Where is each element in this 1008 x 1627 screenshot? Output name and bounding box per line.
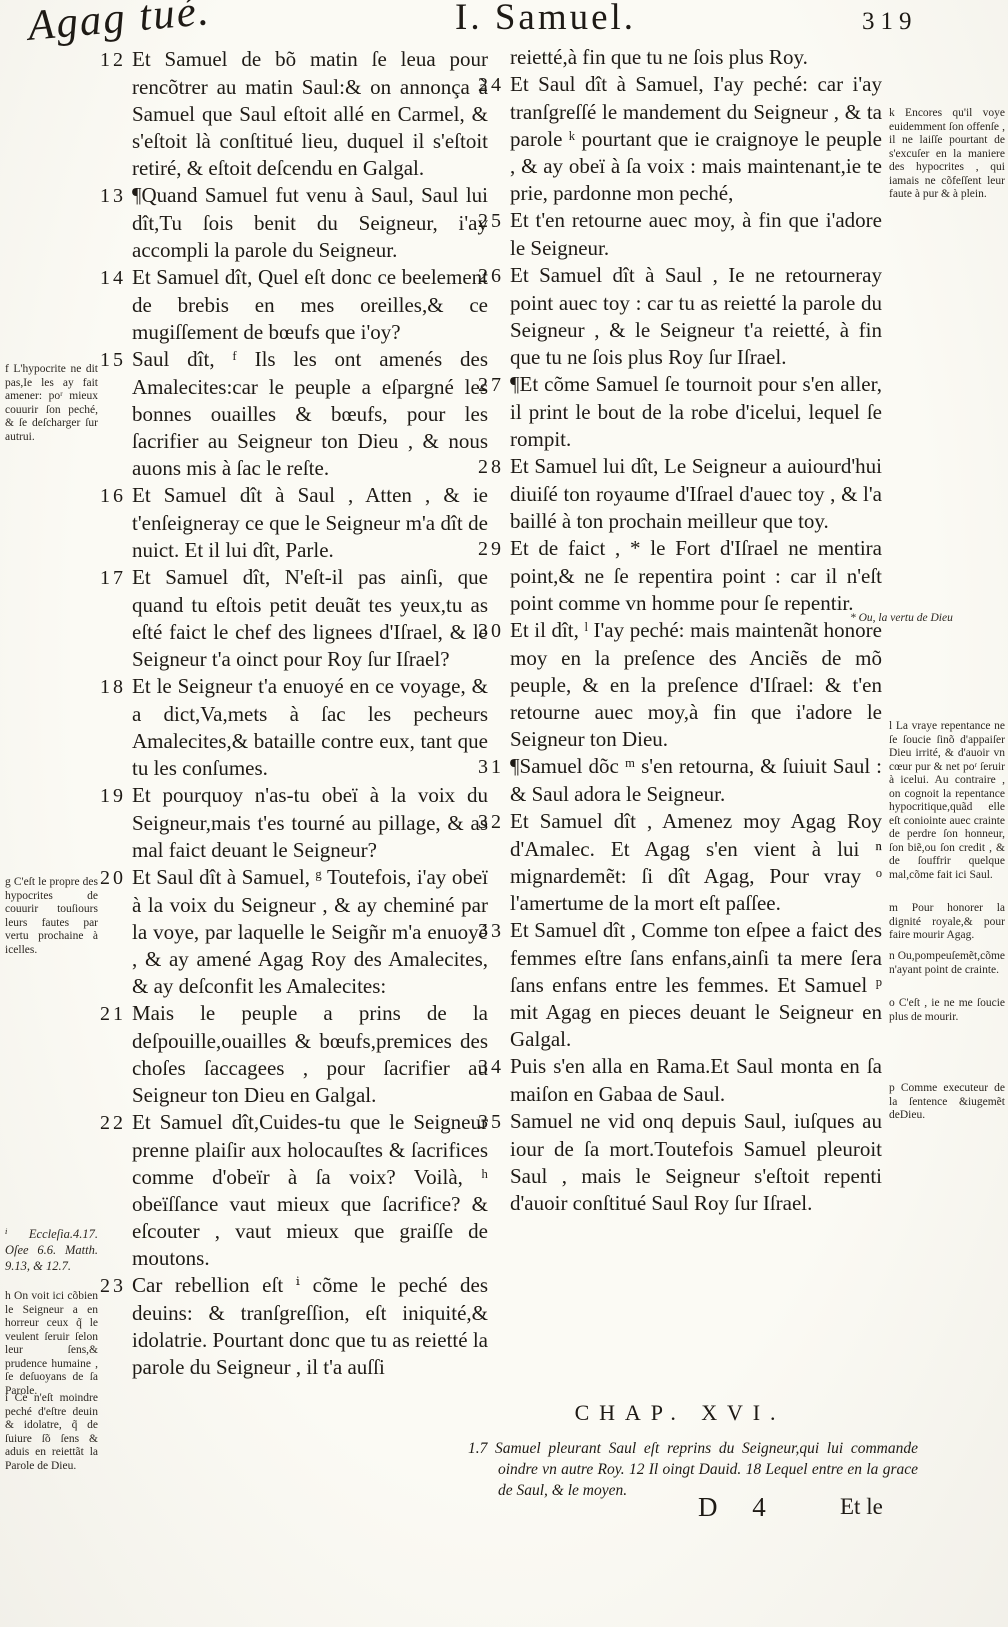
verse-paragraph: 29Et de faict , * le Fort d'Iſrael ne me…: [478, 535, 882, 617]
verse-text: Et il dît, ˡ I'ay peché: mais maintenãt …: [510, 618, 882, 751]
margin-note-p: p Comme executeur de la ſentence &iugemẽ…: [889, 1082, 1005, 1123]
verse-text: Car rebellion eſt ⁱ cõme le peché des de…: [132, 1273, 488, 1379]
verse-text: ¶Et cõme Samuel ſe tournoit pour s'en al…: [510, 372, 882, 451]
verse-text: Et t'en retourne auec moy, à fin que i'a…: [510, 208, 882, 260]
verse-paragraph: 19Et pourquoy n'as-tu obeï à la voix du …: [100, 782, 488, 864]
verse-number: 33: [478, 918, 510, 945]
verse-text: Et Saul dît à Samuel, ᵍ Toutefois, i'ay …: [132, 865, 488, 998]
verse-text: Et le Seigneur t'a enuoyé en ce voyage, …: [132, 674, 488, 780]
verse-paragraph: 26Et Samuel dît à Saul , Ie ne retourner…: [478, 262, 882, 371]
verse-number: 13: [100, 183, 132, 210]
verse-paragraph: 25Et t'en retourne auec moy, à fin que i…: [478, 207, 882, 262]
verse-text: Saul dît, ᶠ Ils les ont amenés des Amale…: [132, 347, 488, 480]
verse-number: 30: [478, 618, 510, 645]
margin-note-o: o C'eſt , ie ne me ſoucie plus de mourir…: [889, 997, 1005, 1024]
text-column-right: reietté,à fin que tu ne ſois plus Roy.24…: [478, 44, 882, 1217]
running-head: Agag tué.: [26, 0, 212, 51]
verse-number: 27: [478, 372, 510, 399]
verse-text: Samuel ne vid onq depuis Saul, iuſques a…: [510, 1109, 882, 1215]
gathering-signature: D 4: [698, 1492, 767, 1523]
verse-text: Et Samuel lui dît, Le Seigneur a auiourd…: [510, 454, 882, 533]
verse-text: Et Samuel dît , Amenez moy Agag Roy d'Am…: [510, 809, 882, 915]
verse-paragraph: 35Samuel ne vid onq depuis Saul, iuſques…: [478, 1108, 882, 1217]
chapter-summary: 1.7 Samuel pleurant Saul eſt reprins du …: [468, 1438, 918, 1501]
text-column-left: 12Et Samuel de bõ matin ſe leua pour ren…: [100, 46, 488, 1381]
verse-paragraph: 13¶Quand Samuel fut venu à Saul, Saul lu…: [100, 182, 488, 264]
verse-paragraph: 12Et Samuel de bõ matin ſe leua pour ren…: [100, 46, 488, 182]
verse-text: Et Samuel dît, Quel eſt donc ce beelemen…: [132, 265, 488, 344]
verse-number: 25: [478, 208, 510, 235]
verse-text: ¶Quand Samuel fut venu à Saul, Saul lui …: [132, 183, 488, 262]
verse-paragraph: 32Et Samuel dît , Amenez moy Agag Roy d'…: [478, 808, 882, 917]
verse-paragraph: 18Et le Seigneur t'a enuoyé en ce voyage…: [100, 673, 488, 782]
verse-number: 18: [100, 674, 132, 701]
verse-text: Et Samuel dît,Cuides-tu que le Seigneur …: [132, 1110, 488, 1270]
verse-paragraph: 30Et il dît, ˡ I'ay peché: mais maintenã…: [478, 617, 882, 753]
margin-note-g: g C'eſt le propre des hypocrites de couu…: [5, 876, 98, 957]
verse-number: 32: [478, 809, 510, 836]
verse-text: Mais le peuple a prins de la deſpouille,…: [132, 1001, 488, 1107]
page-number: 319: [862, 8, 918, 36]
verse-text: Puis s'en alla en Rama.Et Saul monta en …: [510, 1054, 882, 1106]
verse-paragraph: 24Et Saul dît à Samuel, I'ay peché: car …: [478, 71, 882, 207]
verse-text: ¶Samuel dõc ᵐ s'en retourna, & ſuiuit Sa…: [510, 754, 882, 806]
margin-note-n: n Ou,pompeuſemẽt,cõme n'ayant point de c…: [889, 950, 1005, 977]
verse-text: reietté,à fin que tu ne ſois plus Roy.: [510, 45, 808, 69]
verse-paragraph: 16Et Samuel dît à Saul , Atten , & ie t'…: [100, 482, 488, 564]
verse-continuation: reietté,à fin que tu ne ſois plus Roy.: [478, 44, 882, 71]
verse-text: Et Samuel dît à Saul , Atten , & ie t'en…: [132, 483, 488, 562]
verse-number: 28: [478, 454, 510, 481]
verse-number: 34: [478, 1054, 510, 1081]
verse-number: 26: [478, 263, 510, 290]
verse-paragraph: 23Car rebellion eſt ⁱ cõme le peché des …: [100, 1272, 488, 1381]
book-title: I. Samuel.: [455, 0, 636, 39]
margin-note-h: h On voit ici cõbien le Seigneur a en ho…: [5, 1290, 98, 1398]
verse-text: Et Saul dît à Samuel, I'ay peché: car i'…: [510, 72, 882, 205]
verse-paragraph: 21Mais le peuple a prins de la deſpouill…: [100, 1000, 488, 1109]
verse-paragraph: 20Et Saul dît à Samuel, ᵍ Toutefois, i'a…: [100, 864, 488, 1000]
verse-paragraph: 31¶Samuel dõc ᵐ s'en retourna, & ſuiuit …: [478, 753, 882, 808]
chapter-heading: CHAP. XVI.: [478, 1400, 882, 1426]
verse-number: 17: [100, 565, 132, 592]
margin-note-m: m Pour honorer la dignité royale,& pour …: [889, 902, 1005, 943]
margin-note-k: k Encores qu'il voye euidemment ſon offe…: [889, 107, 1005, 202]
verse-text: Et de faict , * le Fort d'Iſrael ne ment…: [510, 536, 882, 615]
verse-number: 24: [478, 72, 510, 99]
verse-number: 31: [478, 754, 510, 781]
verse-number: 19: [100, 783, 132, 810]
verse-paragraph: 34Puis s'en alla en Rama.Et Saul monta e…: [478, 1053, 882, 1108]
verse-text: Et Samuel de bõ matin ſe leua pour rencõ…: [132, 47, 488, 180]
verse-paragraph: 33Et Samuel dît , Comme ton eſpee a faic…: [478, 917, 882, 1053]
verse-number: 22: [100, 1110, 132, 1137]
verse-paragraph: 22Et Samuel dît,Cuides-tu que le Seigneu…: [100, 1109, 488, 1272]
catchword: Et le: [840, 1494, 883, 1520]
verse-paragraph: 15Saul dît, ᶠ Ils les ont amenés des Ama…: [100, 346, 488, 482]
verse-paragraph: 14Et Samuel dît, Quel eſt donc ce beelem…: [100, 264, 488, 346]
verse-paragraph: 17Et Samuel dît, N'eſt-il pas ainſi, que…: [100, 564, 488, 673]
verse-number: 16: [100, 483, 132, 510]
verse-text: Et pourquoy n'as-tu obeï à la voix du Se…: [132, 783, 488, 862]
verse-paragraph: 28Et Samuel lui dît, Le Seigneur a auiou…: [478, 453, 882, 535]
verse-number: 29: [478, 536, 510, 563]
verse-number: 23: [100, 1273, 132, 1300]
verse-number: 20: [100, 865, 132, 892]
verse-paragraph: 27¶Et cõme Samuel ſe tournoit pour s'en …: [478, 371, 882, 453]
margin-note-f: f L'hypocrite ne dit pas,Ie les ay fait …: [5, 363, 98, 444]
margin-note-references: ⁱ Eccleſia.4.17. Oſee 6.6. Matth. 9.13, …: [5, 1226, 98, 1274]
verse-text: Et Samuel dît, N'eſt-il pas ainſi, que q…: [132, 565, 488, 671]
margin-note-l: l La vraye repentance ne ſe ſoucie ſinõ …: [889, 720, 1005, 882]
verse-number: 35: [478, 1109, 510, 1136]
verse-number: 15: [100, 347, 132, 374]
verse-number: 12: [100, 47, 132, 74]
verse-number: 21: [100, 1001, 132, 1028]
verse-text: Et Samuel dît , Comme ton eſpee a faict …: [510, 918, 882, 1051]
verse-number: 14: [100, 265, 132, 292]
verse-text: Et Samuel dît à Saul , Ie ne retourneray…: [510, 263, 882, 369]
margin-note-i: i Ce n'eſt moindre peché d'eſtre deuin &…: [5, 1392, 98, 1473]
margin-note-asterisk: * Ou, la vertu de Dieu: [850, 612, 1000, 626]
